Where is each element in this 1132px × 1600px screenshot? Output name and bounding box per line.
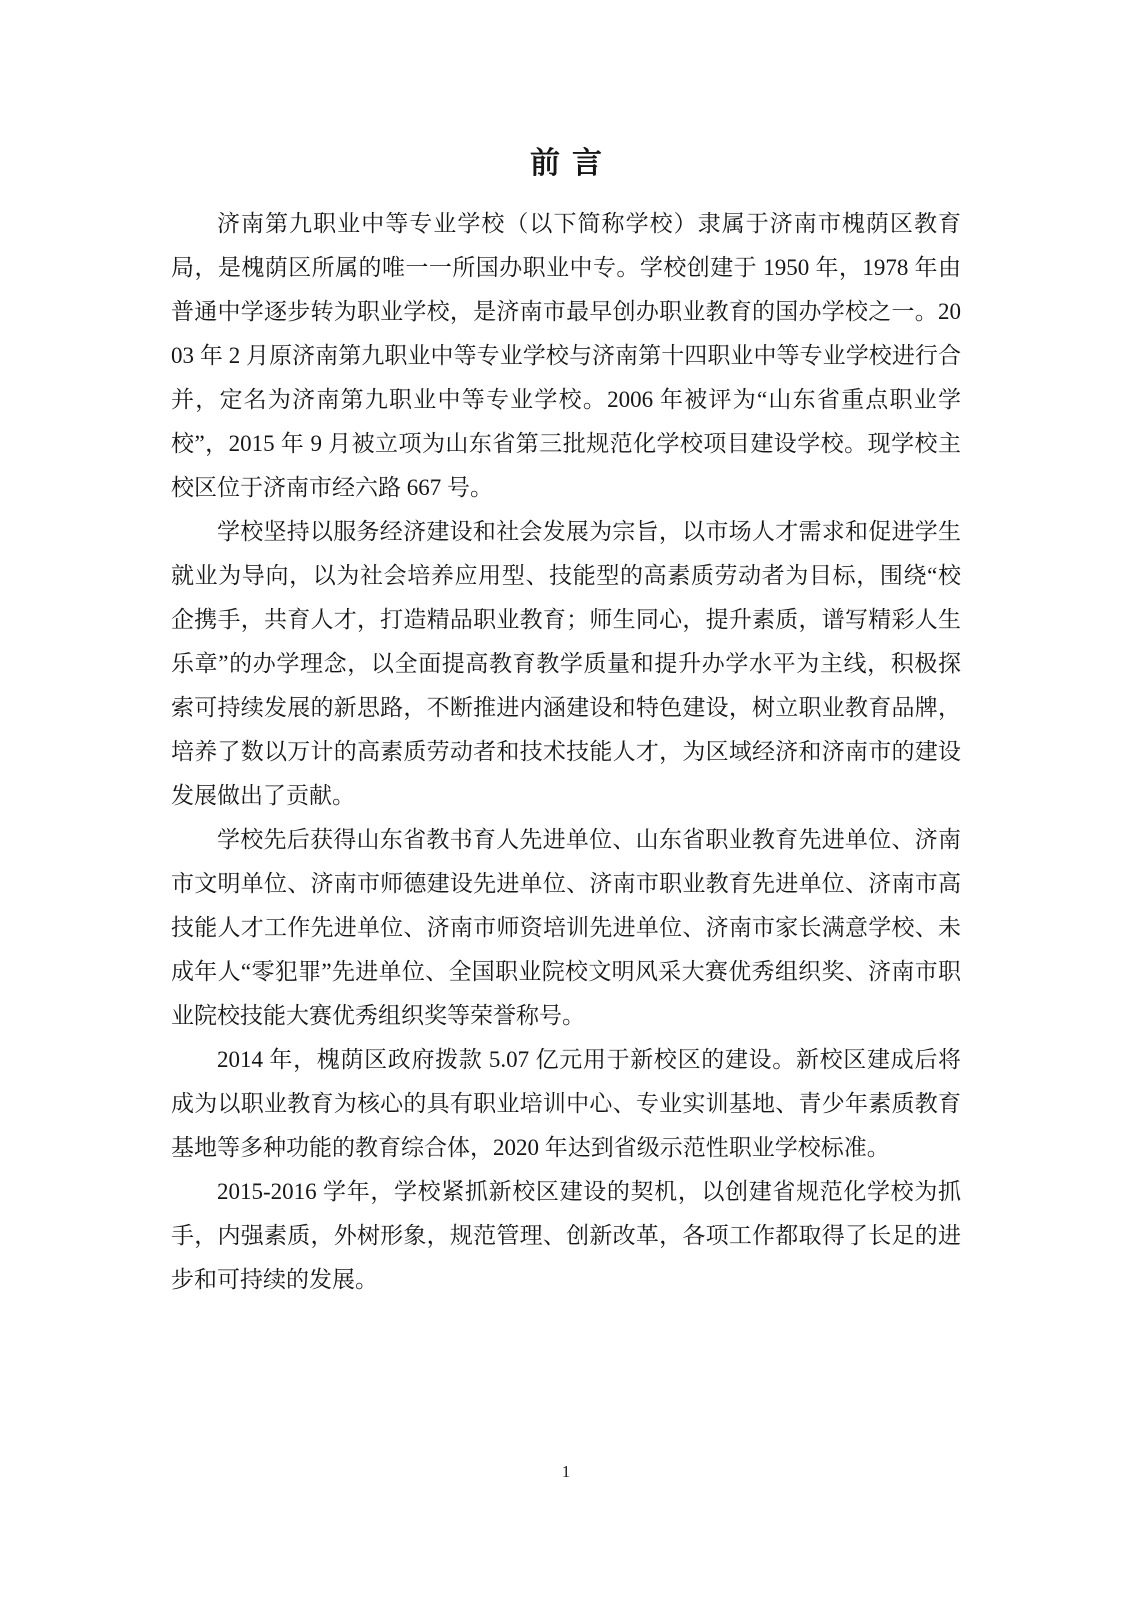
paragraph-honors: 学校先后获得山东省教书育人先进单位、山东省职业教育先进单位、济南市文明单位、济南… (171, 818, 961, 1038)
paragraph-school-philosophy: 学校坚持以服务经济建设和社会发展为宗旨，以市场人才需求和促进学生就业为导向，以为… (171, 510, 961, 818)
document-page: 前言 济南第九职业中等专业学校（以下简称学校）隶属于济南市槐荫区教育局，是槐荫区… (0, 0, 1132, 1600)
document-body: 济南第九职业中等专业学校（以下简称学校）隶属于济南市槐荫区教育局，是槐荫区所属的… (171, 202, 961, 1302)
page-title: 前言 (0, 146, 1132, 182)
paragraph-school-year-summary: 2015-2016 学年，学校紧抓新校区建设的契机，以创建省规范化学校为抓手，内… (171, 1170, 961, 1302)
page-number: 1 (0, 1462, 1132, 1482)
paragraph-new-campus: 2014 年，槐荫区政府拨款 5.07 亿元用于新校区的建设。新校区建成后将成为… (171, 1038, 961, 1170)
paragraph-school-intro: 济南第九职业中等专业学校（以下简称学校）隶属于济南市槐荫区教育局，是槐荫区所属的… (171, 202, 961, 510)
